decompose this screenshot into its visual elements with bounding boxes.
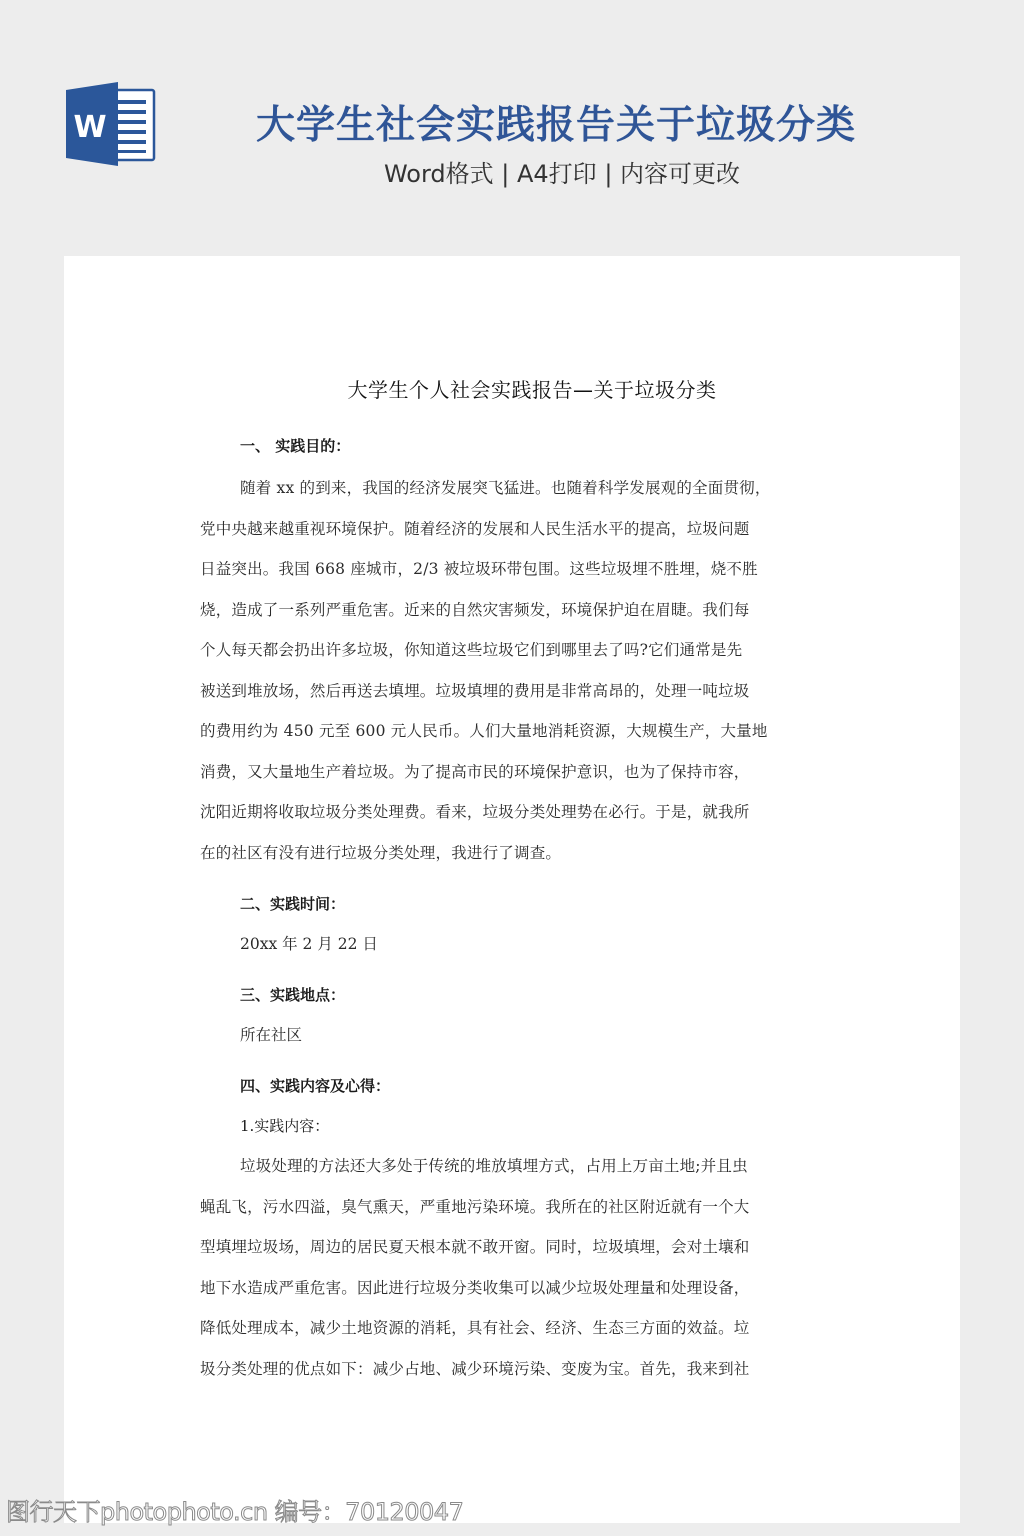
paragraph-line: 蝇乱飞，污水四溢，臭气熏天，严重地污染环境。我所在的社区附近就有一个大 [200, 1187, 826, 1228]
paragraph-line: 地下水造成严重危害。因此进行垃圾分类收集可以减少垃圾处理量和处理设备， [200, 1268, 826, 1309]
paragraph-line: 在的社区有没有进行垃圾分类处理，我进行了调查。 [200, 833, 826, 874]
paragraph-line: 型填埋垃圾场，周边的居民夏天根本就不敢开窗。同时，垃圾填埋，会对土壤和 [200, 1227, 826, 1268]
section-location-value: 所在社区 [200, 1023, 826, 1047]
section-location: 三、实践地点： [200, 983, 826, 1007]
document-title: 大学生个人社会实践报告—关于垃圾分类 [200, 374, 864, 403]
section-content-subheading: 1.实践内容： [200, 1114, 826, 1138]
section-time-value: 20xx 年 2 月 22 日 [200, 932, 826, 956]
banner-title: 大学生社会实践报告关于垃圾分类 [0, 94, 1024, 150]
watermark-text: 图行天下photophoto.cn 编号：70120047 [6, 1492, 463, 1527]
section-content-paragraph: 垃圾处理的方法还大多处于传统的堆放填埋方式，占用上万亩土地;并且虫 蝇乱飞，污水… [200, 1146, 826, 1389]
paragraph-line: 党中央越来越重视环境保护。随着经济的发展和人民生活水平的提高，垃圾问题 [200, 509, 826, 550]
paragraph-line: 沈阳近期将收取垃圾分类处理费。看来，垃圾分类处理势在必行。于是，就我所 [200, 792, 826, 833]
paragraph-line: 日益突出。我国 668 座城市，2/3 被垃圾环带包围。这些垃圾埋不胜埋，烧不胜 [200, 549, 826, 590]
paragraph-line: 被送到堆放场，然后再送去填埋。垃圾填埋的费用是非常高昂的，处理一吨垃圾 [200, 671, 826, 712]
banner-header: W 大学生社会实践报告关于垃圾分类 Word格式 | A4打印 | 内容可更改 [0, 0, 1024, 256]
section-purpose: 一、 实践目的： [200, 434, 826, 458]
paragraph-line: 降低处理成本，减少土地资源的消耗，具有社会、经济、生态三方面的效益。垃 [200, 1308, 826, 1349]
paragraph-line: 随着 xx 的到来，我国的经济发展突飞猛进。也随着科学发展观的全面贯彻， [200, 468, 826, 509]
section-heading: 四、实践内容及心得： [200, 1074, 826, 1098]
section-heading: 三、实践地点： [200, 983, 826, 1007]
section-content: 四、实践内容及心得： [200, 1074, 826, 1098]
paragraph-line: 消费，又大量地生产着垃圾。为了提高市民的环境保护意识，也为了保持市容， [200, 752, 826, 793]
practice-date: 20xx 年 2 月 22 日 [200, 932, 826, 956]
practice-location: 所在社区 [200, 1023, 826, 1047]
paragraph-line: 的费用约为 450 元至 600 元人民币。人们大量地消耗资源，大规模生产，大量… [200, 711, 826, 752]
section-heading: 一、 实践目的： [200, 434, 826, 458]
section-purpose-paragraph: 随着 xx 的到来，我国的经济发展突飞猛进。也随着科学发展观的全面贯彻， 党中央… [200, 468, 826, 873]
paragraph-line: 垃圾处理的方法还大多处于传统的堆放填埋方式，占用上万亩土地;并且虫 [200, 1146, 826, 1187]
paragraph-line: 圾分类处理的优点如下：减少占地、减少环境污染、变废为宝。首先，我来到社 [200, 1349, 826, 1390]
document-page: 大学生个人社会实践报告—关于垃圾分类 一、 实践目的： 随着 xx 的到来，我国… [64, 256, 960, 1523]
subsection-heading: 1.实践内容： [200, 1114, 826, 1138]
paragraph-line: 烧，造成了一系列严重危害。近来的自然灾害频发，环境保护迫在眉睫。我们每 [200, 590, 826, 631]
banner-subtitle: Word格式 | A4打印 | 内容可更改 [0, 154, 1024, 189]
section-heading: 二、实践时间： [200, 892, 826, 916]
section-time: 二、实践时间： [200, 892, 826, 916]
paragraph-line: 个人每天都会扔出许多垃圾，你知道这些垃圾它们到哪里去了吗?它们通常是先 [200, 630, 826, 671]
